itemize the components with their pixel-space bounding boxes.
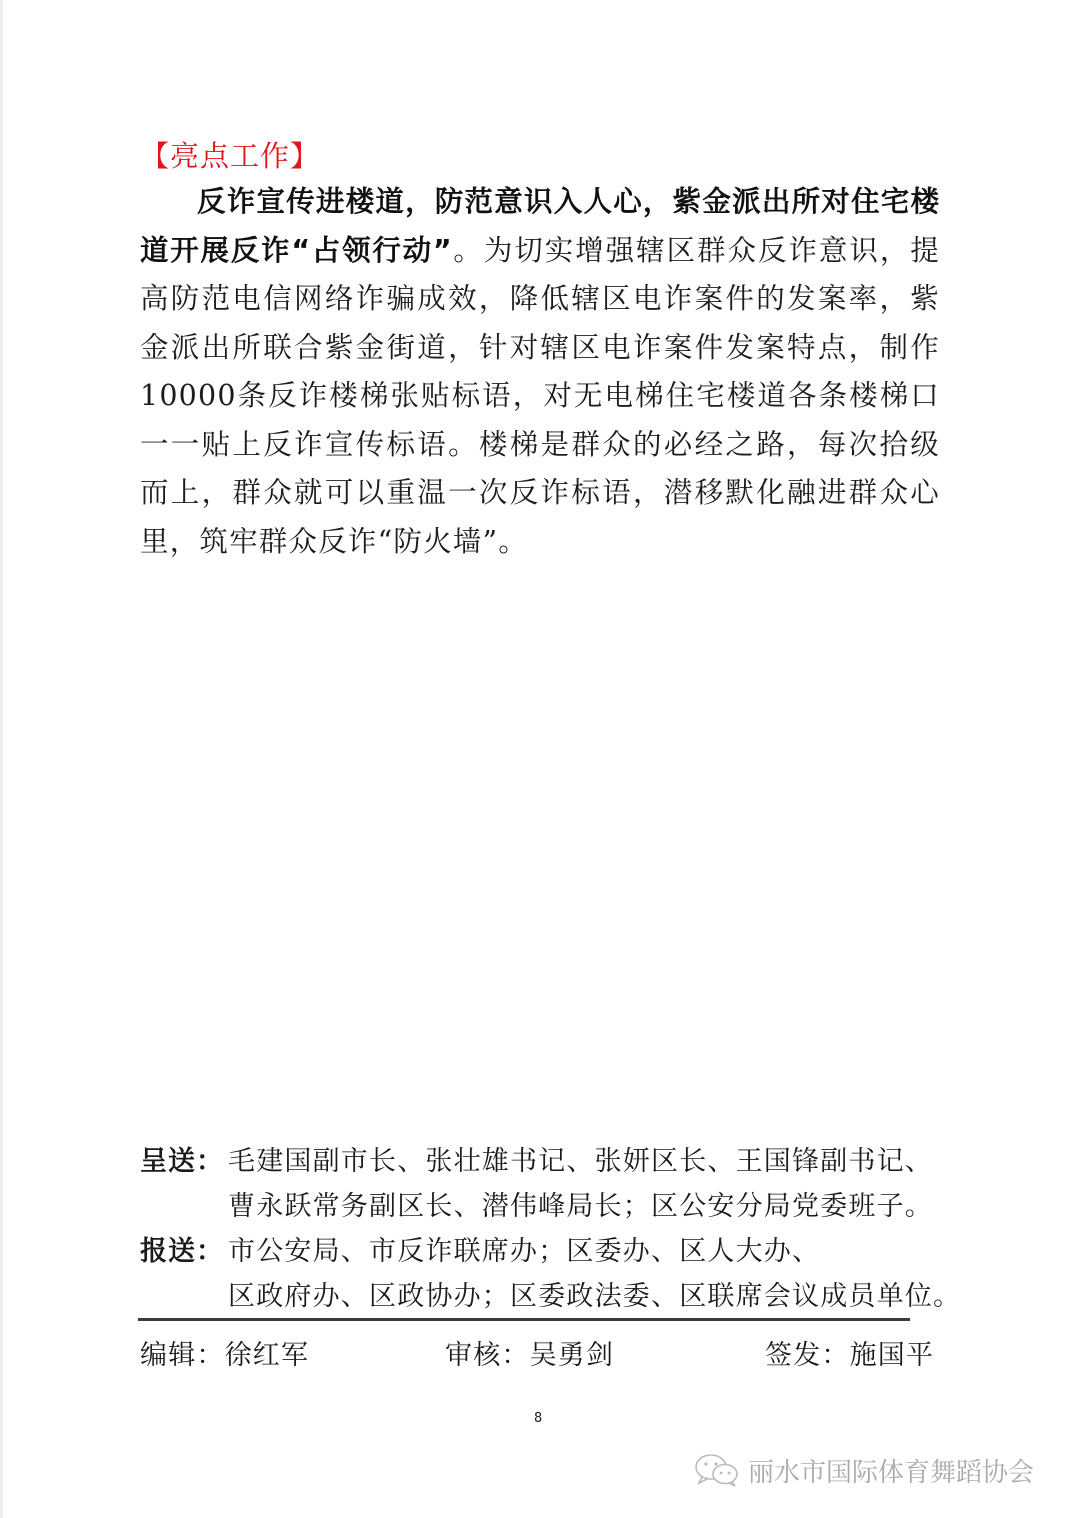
- reported-to-row: 报送： 市公安局、市反诈联席办；区委办、区人大办、 区政府办、区政协办；区委政法…: [140, 1229, 940, 1319]
- page-edge: [0, 0, 3, 1518]
- editor: 编辑：徐红军: [140, 1336, 309, 1376]
- body-paragraph: 反诈宣传进楼道，防范意识入人心，紫金派出所对住宅楼道开展反诈“占领行动”。为切实…: [140, 178, 940, 566]
- reported-to-recipients: 市公安局、市反诈联席办；区委办、区人大办、 区政府办、区政协办；区委政法委、区联…: [228, 1229, 961, 1319]
- reviewer: 审核：吴勇剑: [445, 1336, 614, 1376]
- footer-signatures: 编辑：徐红军 审核：吴勇剑 签发：施国平: [140, 1336, 935, 1376]
- divider-line: [138, 1318, 910, 1321]
- submitted-to-label: 呈送：: [140, 1139, 228, 1184]
- submitted-to-recipients: 毛建国副市长、张壮雄书记、张妍区长、王国锋副书记、 曹永跃常务副区长、潜伟峰局长…: [228, 1139, 940, 1229]
- submitted-to-line: 曹永跃常务副区长、潜伟峰局长；区公安分局党委班子。: [228, 1184, 940, 1229]
- submitted-to-row: 呈送： 毛建国副市长、张壮雄书记、张妍区长、王国锋副书记、 曹永跃常务副区长、潜…: [140, 1139, 940, 1229]
- wechat-icon: [694, 1453, 740, 1487]
- distribution-block: 呈送： 毛建国副市长、张壮雄书记、张妍区长、王国锋副书记、 曹永跃常务副区长、潜…: [140, 1139, 940, 1319]
- section-heading: 【亮点工作】: [140, 136, 320, 176]
- body-text: 。为切实增强辖区群众反诈意识，提高防范电信网络诈骗成效，降低辖区电诈案件的发案率…: [140, 234, 940, 558]
- page-number: 8: [534, 1411, 542, 1426]
- reported-to-label: 报送：: [140, 1229, 228, 1274]
- watermark: 丽水市国际体育舞蹈协会: [694, 1450, 1034, 1490]
- submitted-to-line: 毛建国副市长、张壮雄书记、张妍区长、王国锋副书记、: [228, 1139, 940, 1184]
- reported-to-line: 区政府办、区政协办；区委政法委、区联席会议成员单位。: [228, 1274, 961, 1319]
- watermark-text: 丽水市国际体育舞蹈协会: [748, 1452, 1034, 1489]
- reported-to-line: 市公安局、市反诈联席办；区委办、区人大办、: [228, 1229, 961, 1274]
- issuer: 签发：施国平: [765, 1336, 934, 1376]
